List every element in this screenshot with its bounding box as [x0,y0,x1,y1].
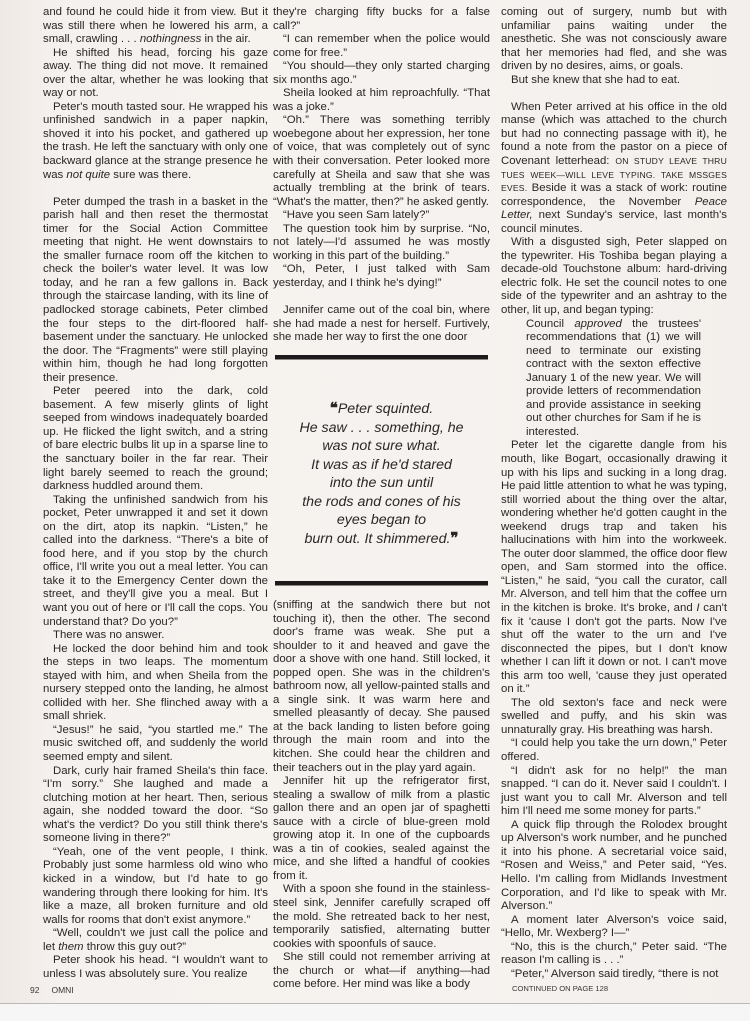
text-run: throw this guy out?” [84,941,187,953]
paragraph: Peter dumped the trash in a basket in th… [43,196,268,386]
page-number: 92 [30,985,39,995]
pull-quote-bottom-rule [275,581,488,586]
paragraph: She still could not remember arriving at… [273,951,490,992]
page-edge [0,1003,750,1021]
paragraph: “Oh.” There was something terribly woebe… [273,114,490,209]
paragraph: “Yeah, one of the vent people, I think. … [43,846,268,927]
paragraph: “Oh, Peter, I just talked with Sam yeste… [273,263,490,290]
paragraph: Jennifer came out of the coal bin, where… [273,304,490,345]
paragraph: “Well, couldn't we just call the police … [43,927,268,954]
magazine-page: and found he could hide it from view. Bu… [0,0,750,1003]
text-column-1: and found he could hide it from view. Bu… [43,6,268,981]
paragraph: When Peter arrived at his office in the … [501,101,727,236]
text-run: can't fix it 'cause I don't got the part… [501,602,727,695]
paragraph: they're charging fifty bucks for a false… [273,6,490,33]
paragraph: Taking the unfinished sandwich from his … [43,494,268,629]
text-column-2-bottom: (sniffing at the sandwich there but not … [273,599,490,992]
paragraph: Sheila looked at him reproachfully. “Tha… [273,87,490,114]
pull-quote-line: into the sun until [330,475,433,491]
paragraph: “Peter,” Alverson said tiredly, “there i… [501,968,727,982]
pull-quote: ❝Peter squinted. He saw . . . something,… [275,355,488,590]
paragraph: But she knew that she had to eat. [501,74,727,88]
paragraph: “No, this is the church,” Peter said. “T… [501,941,727,968]
paragraph: The question took him by surprise. “No, … [273,223,490,264]
paragraph: The old sexton's face and neck were swel… [501,697,727,738]
pull-quote-line: was not sure what. [322,438,440,454]
paragraph: Peter peered into the dark, cold basemen… [43,385,268,493]
paragraph: Peter let the cigarette dangle from his … [501,439,727,696]
pull-quote-top-rule [275,355,488,360]
italic-text: nothingness [140,33,201,45]
paragraph: A quick flip through the Rolodex brought… [501,819,727,914]
pull-quote-line: eyes began to [337,512,426,528]
paragraph: coming out of surgery, numb but with unf… [501,6,727,74]
paragraph: “I can remember when the police would co… [273,33,490,60]
paragraph: Peter shook his head. “I wouldn't want t… [43,954,268,981]
paragraph: “I didn't ask for no help!” the man snap… [501,765,727,819]
text-run: Peter let the cigarette dangle from his … [501,439,727,614]
paragraph: A moment later Alverson's voice said, “H… [501,914,727,941]
paragraph: “I could help you take the urn down,” Pe… [501,737,727,764]
open-quote-icon: ❝ [330,400,338,417]
paragraph: With a spoon she found in the stainless-… [273,883,490,951]
pull-quote-line: He saw . . . something, he [299,420,463,436]
pull-quote-text: ❝Peter squinted. He saw . . . something,… [275,400,488,548]
text-run: in the air. [201,33,250,45]
paragraph: With a disgusted sigh, Peter slapped on … [501,236,727,317]
text-run: next Sunday's service, last month's coun… [501,209,727,235]
text-run: Beside it was a stack of work: routine c… [501,182,727,208]
pull-quote-line: burn out. It shimmered. [305,531,451,547]
italic-text: them [58,941,83,953]
paragraph: and found he could hide it from view. Bu… [43,6,268,47]
text-run: the trustees' recommendations that (1) w… [526,318,701,438]
text-column-3: coming out of surgery, numb but with unf… [501,6,727,981]
typed-memo-quote: Council approved the trustees' recommend… [526,318,701,440]
pull-quote-line: the rods and cones of his [302,494,461,510]
pull-quote-line: Peter squinted. [338,401,433,417]
paragraph: Jennifer hit up the refrigerator first, … [273,775,490,883]
text-run: sure was there. [110,169,191,181]
paragraph: “Have you seen Sam lately?” [273,209,490,223]
continued-on-notice: CONTINUED ON PAGE 128 [512,984,608,993]
magazine-name: OMNI [51,985,73,995]
paragraph: There was no answer. [43,629,268,643]
text-column-2-top: they're charging fifty bucks for a false… [273,6,490,345]
paragraph: “You should—they only started charging s… [273,60,490,87]
paragraph: He locked the door behind him and took t… [43,643,268,724]
folio: 92OMNI [30,985,86,995]
text-run: Council [526,318,574,330]
paragraph: (sniffing at the sandwich there but not … [273,599,490,775]
paragraph: Dark, curly hair framed Sheila's thin fa… [43,765,268,846]
close-quote-icon: ❞ [450,530,458,547]
paragraph: He shifted his head, forcing his gaze aw… [43,47,268,101]
paragraph: “Jesus!” he said, “you startled me.” The… [43,724,268,765]
paragraph: Peter's mouth tasted sour. He wrapped hi… [43,101,268,182]
italic-text: not quite [66,169,110,181]
pull-quote-line: It was as if he'd stared [311,457,452,473]
italic-text: approved [574,318,622,330]
